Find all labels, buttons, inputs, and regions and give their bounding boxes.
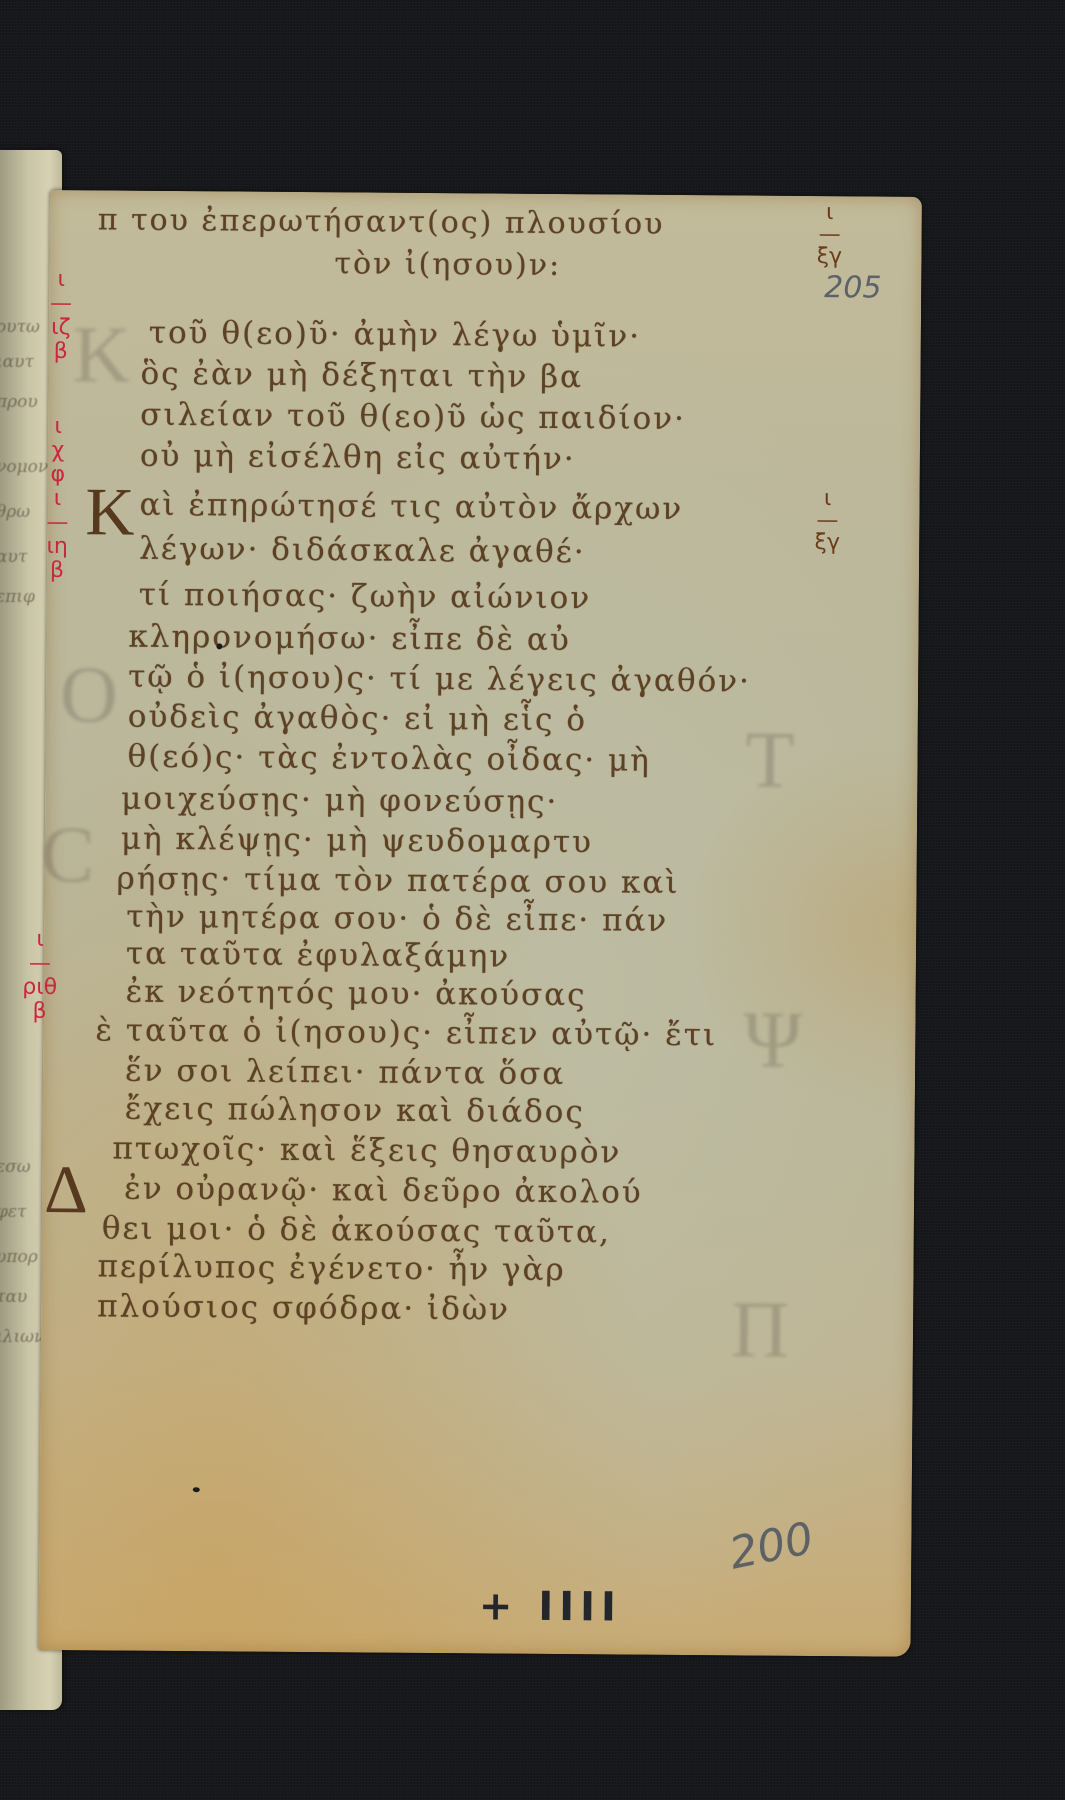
text-line: ρήσῃς· τίμα τὸν πατέρα σου καὶ [116,861,679,901]
text-line: κληρονομήσω· εἶπε δὲ αὐ [128,619,571,658]
rubric-char: — [22,952,58,976]
text-line: πλούσιος σφόδρα· ἰδὼν [97,1288,510,1327]
show-through-letter: Ϲ [40,810,94,901]
header-line: τὸν ἰ(ησου)ν: [334,246,561,283]
rubric-char: φ [40,463,76,487]
text-line: θει μοι· ὁ δὲ ἀκούσας ταῦτα, [102,1210,611,1250]
show-through-letter: Π [731,1285,789,1376]
rubric-char: β [39,559,75,583]
text-line: τοῦ θ(εο)ῦ· ἀμὴν λέγω ὑμῖν· [149,315,641,355]
text-line: ἐκ νεότητός μου· ἀκούσας [126,974,587,1014]
mark-char: ι [805,202,855,224]
text-line: ἕν σοι λείπει· πάντα ὅσα [125,1053,565,1092]
rubric-char: ριθ [22,976,58,1000]
text-line: τί ποιήσας· ζωὴν αἰώνιον [139,577,592,617]
mark-char: ξγ [802,532,852,554]
rubric-char: — [39,511,75,535]
text-line: μὴ κλέψῃς· μὴ ψευδομαρτυ [121,821,593,861]
rubric-char: β [21,1000,57,1024]
rubric-section-number: ι — ιζ β [43,268,80,364]
text-line: μοιχεύσῃς· μὴ φονεύσῃς· [121,781,558,820]
text-line: οὐ μὴ εἰσέλθη εἰς αὐτήν· [140,438,576,477]
mark-char: — [805,224,855,246]
rubric-char: ι [22,928,58,952]
text-line: θ(εό)ς· τὰς ἐντολὰς οἶδας· μὴ [127,739,651,779]
rubric-char: ιη [39,535,75,559]
text-line: ὲ ταῦτα ὁ ἰ(ησου)ς· εἶπεν αὐτῷ· ἔτι [95,1012,717,1053]
ink-spot [193,1487,200,1492]
right-marginal-mark: ι — ξγ [802,488,853,554]
text-line: τῷ ὁ ἰ(ησου)ς· τί με λέγεις ἀγαθόν· [128,659,751,700]
show-through-letter: Ο [60,650,118,741]
text-line: ἐν οὐρανῷ· καὶ δεῦρο ἀκολού [124,1171,643,1211]
right-marginal-mark: ι — ξγ [804,202,855,268]
text-line: περίλυπος ἐγένετο· ἦν γὰρ [97,1248,565,1288]
text-line: λέγων· διδάσκαλε ἀγαθέ· [139,531,586,571]
text-line: σιλείαν τοῦ θ(εο)ῦ ὡς παιδίον· [140,397,686,437]
rubric-char: — [43,292,79,316]
show-through-letter: Τ [745,715,795,806]
rubric-section-number: ι χ φ ι — ιη β [39,415,76,583]
mark-char: ι [803,488,853,510]
text-line: τα ταῦτα ἐφυλαξάμην [126,936,510,975]
rubric-char: β [43,340,79,364]
manuscript-folio: Κ Ο Τ Ϲ Ψ Π π του ἐπερωτήσαντ(ος) πλουσί… [39,190,922,1657]
ink-spot [216,643,222,649]
text-line: ἔχεις πώλησον καὶ διάδος [125,1091,585,1131]
rubric-section-number: ι — ριθ β [21,928,58,1024]
text-line: αὶ ἐπηρώτησέ τις αὐτὸν ἄρχων [139,487,683,527]
text-line: τὴν μητέρα σου· ὁ δὲ εἶπε· πάν [126,899,668,939]
mark-char: ξγ [804,246,854,268]
text-line: οὐδεὶς ἀγαθὸς· εἰ μὴ εἷς ὁ [128,699,587,739]
text-line: πτωχοῖς· καὶ ἕξεις θησαυρὸν [112,1131,621,1171]
shelf-mark: + IIII [479,1583,622,1630]
rubric-char: ι [39,487,75,511]
rubric-char: ι [43,268,79,292]
header-line: π του ἐπερωτήσαντ(ος) πλουσίου [98,202,665,241]
initial-delta: Δ [44,1150,88,1229]
show-through-letter: Ψ [743,995,803,1086]
initial-kappa: Κ [85,472,135,551]
mark-char: — [802,510,852,532]
pencil-folio-number: 205 [824,270,882,305]
pencil-number-bottom: 200 [725,1513,817,1580]
rubric-char: ιζ [43,316,79,340]
rubric-char: χ [40,439,76,463]
text-line: ὃς ἐὰν μὴ δέξηται τὴν βα [140,356,583,395]
rubric-char: ι [40,415,76,439]
show-through-letter: Κ [72,310,130,401]
